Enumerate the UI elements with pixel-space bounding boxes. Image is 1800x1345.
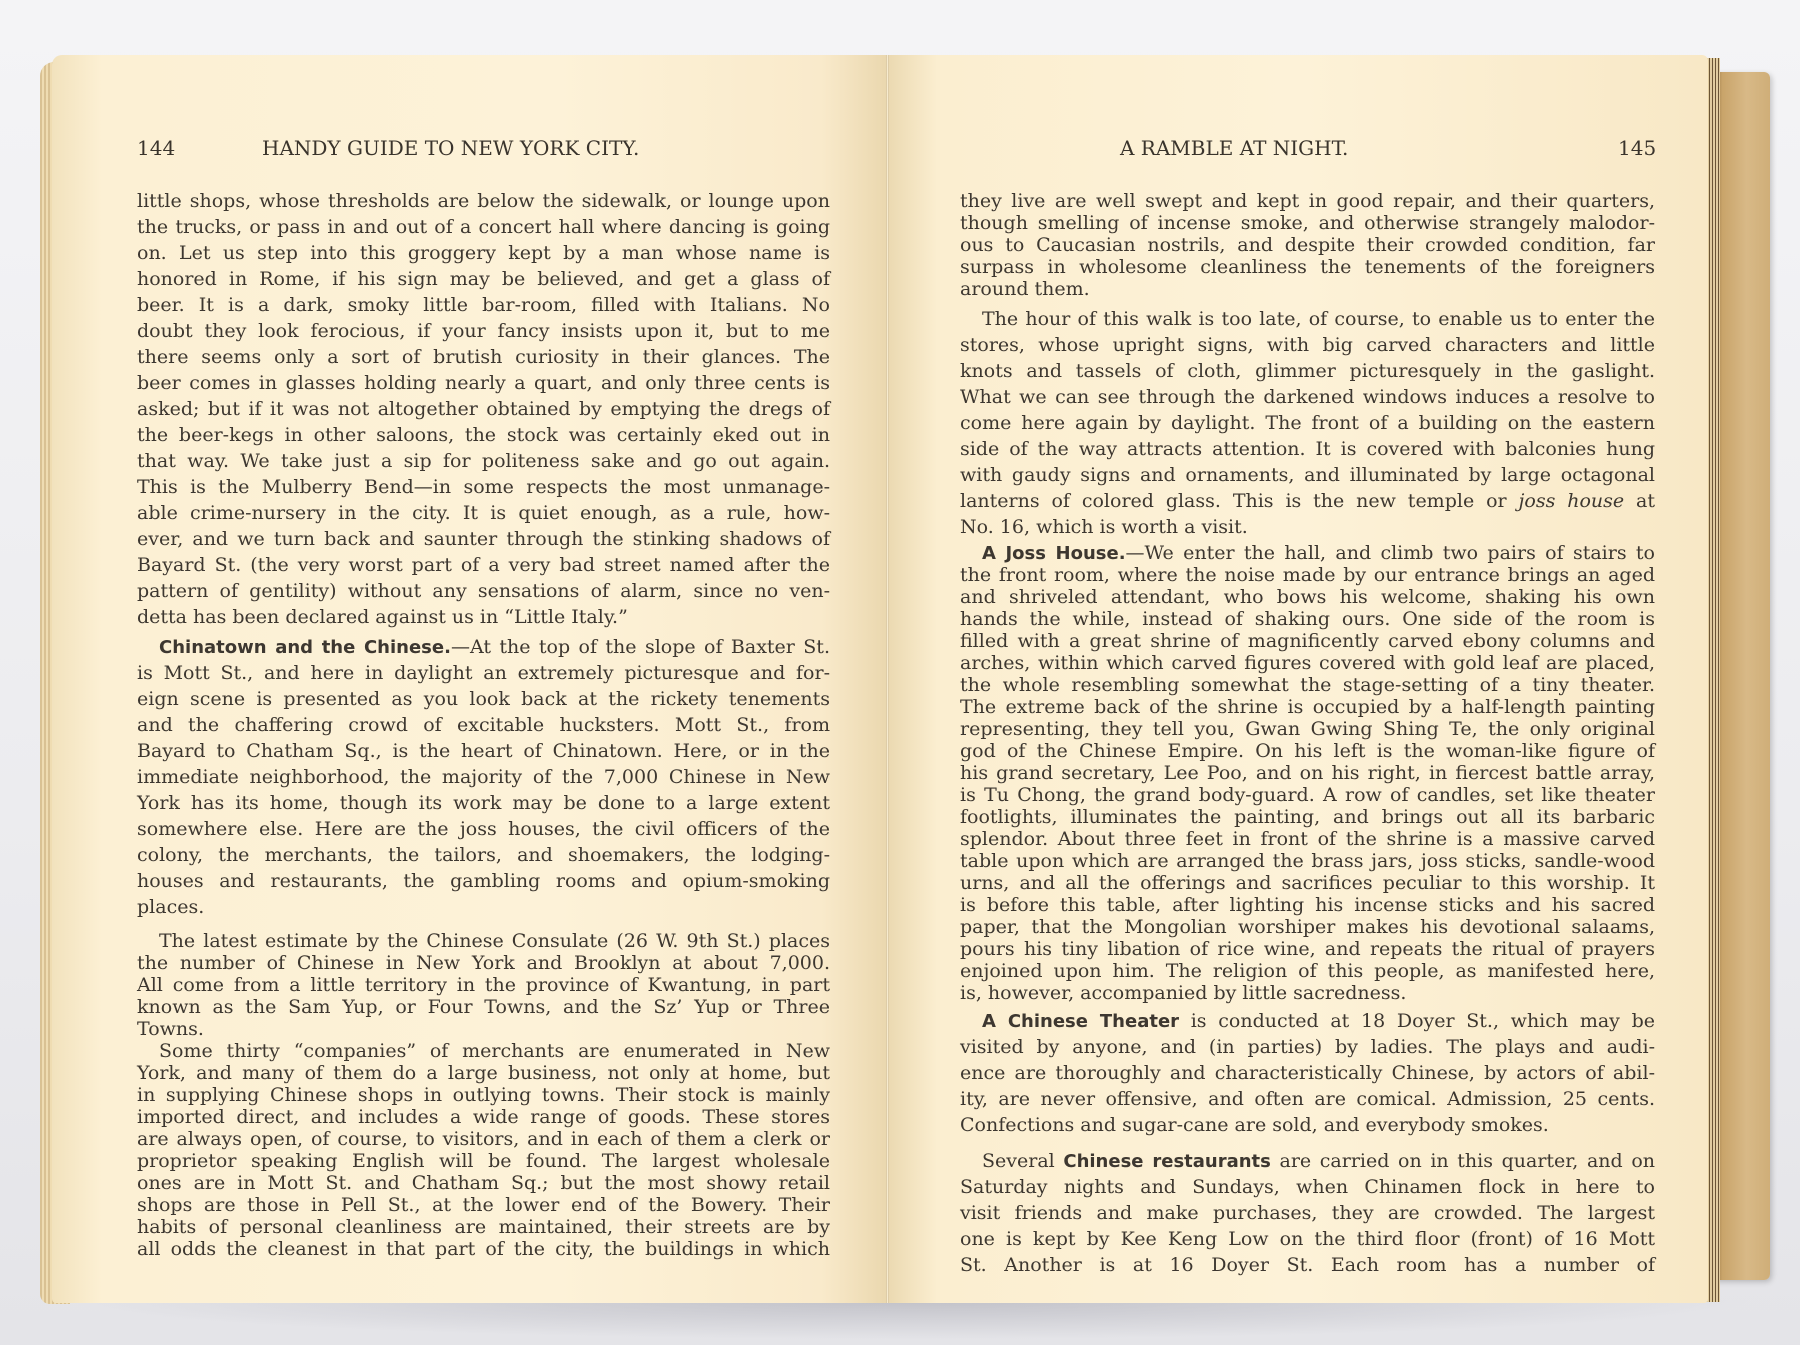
text-run: St. Another is at 16 Doyer St. Each room… [960, 1254, 1655, 1276]
text-run: is Tu Chong, the grand body-guard. A row… [960, 784, 1655, 806]
text-line: Bayard to Chatham Sq., is the heart of C… [137, 740, 830, 762]
text-line: This is the Mulberry Bend—in some respec… [137, 476, 830, 498]
text-line: hands the while, instead of shaking ours… [960, 608, 1655, 630]
text-line: with gaudy signs and ornaments, and illu… [960, 464, 1655, 486]
text-line: is before this table, after lighting his… [960, 894, 1655, 916]
section-heading: A Joss House. [982, 543, 1126, 564]
text-run: honored in Rome, if his sign may be beli… [137, 268, 830, 290]
text-run: hands the while, instead of shaking ours… [960, 608, 1655, 630]
text-run: the beer-kegs in other saloons, the stoc… [137, 424, 830, 446]
right-page-number: 145 [1618, 136, 1656, 160]
left-page-number: 144 [137, 136, 175, 160]
text-run: one is kept by Kee Keng Low on the third… [960, 1228, 1655, 1250]
text-run: York has its home, though its work may b… [137, 792, 830, 814]
text-line: that way. We take just a sip for politen… [137, 450, 830, 472]
text-line: Towns. [137, 1018, 830, 1040]
text-line: What we can see through the darkened win… [960, 386, 1655, 408]
text-line: known as the Sam Yup, or Four Towns, and… [137, 996, 830, 1018]
text-line: there seems only a sort of brutish curio… [137, 346, 830, 368]
text-run: This is the Mulberry Bend—in some respec… [137, 476, 830, 498]
text-run: proprietor speaking English will be foun… [137, 1150, 830, 1172]
text-run: The extreme back of the shrine is occupi… [960, 696, 1655, 718]
text-run: able crime-nursery in the city. It is qu… [137, 502, 830, 524]
text-run: eign scene is presented as you look back… [137, 688, 830, 710]
text-run: knots and tassels of cloth, glimmer pict… [960, 360, 1655, 382]
text-run: shops are those in Pell St., at the lowe… [137, 1194, 830, 1216]
text-line: Chinatown and the Chinese.—At the top of… [159, 636, 830, 658]
section-heading: A Chinese Theater [982, 1011, 1179, 1032]
text-line: ever, and we turn back and saunter throu… [137, 528, 830, 550]
text-line: beer. It is a dark, smoky little bar-roo… [137, 294, 830, 316]
text-line: visited by anyone, and (in parties) by l… [960, 1036, 1655, 1058]
text-line: colony, the merchants, the tailors, and … [137, 844, 830, 866]
text-line: doubt they look ferocious, if your fancy… [137, 320, 830, 342]
text-line: side of the way attracts attention. It i… [960, 438, 1655, 460]
text-run: little shops, whose thresholds are below… [137, 190, 830, 212]
text-line: filled with a great shrine of magnificen… [960, 630, 1655, 652]
text-line: imported direct, and includes a wide ran… [137, 1106, 830, 1128]
text-run: ity, are never offensive, and often are … [960, 1088, 1655, 1110]
text-line: immediate neighborhood, the majority of … [137, 766, 830, 788]
text-line: arches, within which carved figures cove… [960, 652, 1655, 674]
text-run: pours his tiny libation of rice wine, an… [960, 938, 1655, 960]
text-run: Several [982, 1150, 1063, 1172]
text-run: asked; but if it was not altogether obta… [137, 398, 830, 420]
text-run: imported direct, and includes a wide ran… [137, 1106, 830, 1128]
text-line: A Joss House.—We enter the hall, and cli… [982, 542, 1655, 564]
text-run: stores, whose upright signs, with big ca… [960, 334, 1655, 356]
text-line: The hour of this walk is too late, of co… [982, 308, 1655, 330]
text-line: paper, that the Mongolian worshiper make… [960, 916, 1655, 938]
text-run: representing, they tell you, Gwan Gwing … [960, 718, 1655, 740]
text-run: are always open, of course, to visitors,… [137, 1128, 830, 1150]
text-line: the whole resembling somewhat the stage-… [960, 674, 1655, 696]
text-run: immediate neighborhood, the majority of … [137, 766, 830, 788]
text-run: paper, that the Mongolian worshiper make… [960, 916, 1655, 938]
text-line: Saturday nights and Sundays, when Chinam… [960, 1176, 1655, 1198]
text-line: pattern of gentility) without any sensat… [137, 580, 830, 602]
text-run: ever, and we turn back and saunter throu… [137, 528, 830, 550]
text-line: the beer-kegs in other saloons, the stoc… [137, 424, 830, 446]
text-line: visit friends and make purchases, they a… [960, 1202, 1655, 1224]
text-run: known as the Sam Yup, or Four Towns, and… [137, 996, 830, 1018]
text-line: lanterns of colored glass. This is the n… [960, 490, 1655, 512]
section-heading: Chinatown and the Chinese. [159, 637, 451, 658]
text-line: eign scene is presented as you look back… [137, 688, 830, 710]
text-run: ous to Caucasian nostrils, and despite t… [960, 234, 1655, 256]
text-line: are always open, of course, to visitors,… [137, 1128, 830, 1150]
section-heading: Chinese restaurants [1063, 1151, 1271, 1172]
text-line: surpass in wholesome cleanliness the ten… [960, 256, 1655, 278]
text-run: the front room, where the noise made by … [960, 564, 1655, 586]
text-run: is conducted at 18 Doyer St., which may … [1179, 1010, 1655, 1032]
text-run: places. [137, 896, 204, 918]
text-run: in supplying Chinese shops in outlying t… [137, 1084, 830, 1106]
text-run: all odds the cleanest in that part of th… [137, 1238, 830, 1260]
text-line: houses and restaurants, the gambling roo… [137, 870, 830, 892]
text-line: York has its home, though its work may b… [137, 792, 830, 814]
text-run: habits of personal cleanliness are maint… [137, 1216, 830, 1238]
text-run: arches, within which carved figures cove… [960, 652, 1655, 674]
text-line: god of the Chinese Empire. On his left i… [960, 740, 1655, 762]
text-run: there seems only a sort of brutish curio… [137, 346, 830, 368]
text-line: ous to Caucasian nostrils, and despite t… [960, 234, 1655, 256]
text-run: What we can see through the darkened win… [960, 386, 1655, 408]
text-run: his grand secretary, Lee Poo, and on his… [960, 762, 1655, 784]
text-line: All come from a little territory in the … [137, 974, 830, 996]
text-line: the number of Chinese in New York and Br… [137, 952, 830, 974]
text-line: ence are thoroughly and characteristical… [960, 1062, 1655, 1084]
text-run: The latest estimate by the Chinese Consu… [159, 930, 830, 952]
text-run: on. Let us step into this groggery kept … [137, 242, 830, 264]
book-gutter [886, 55, 889, 1303]
text-line: come here again by daylight. The front o… [960, 412, 1655, 434]
book-shadow [60, 1300, 1760, 1340]
text-line: ity, are never offensive, and often are … [960, 1088, 1655, 1110]
text-run: visit friends and make purchases, they a… [960, 1202, 1655, 1224]
text-line: enjoined upon him. The religion of this … [960, 960, 1655, 982]
text-run: lanterns of colored glass. This is the n… [960, 490, 1519, 512]
text-line: splendor. About three feet in front of t… [960, 828, 1655, 850]
text-run: come here again by daylight. The front o… [960, 412, 1655, 434]
text-run: at [1624, 490, 1655, 512]
text-line: Several Chinese restaurants are carried … [982, 1150, 1655, 1172]
text-run: colony, the merchants, the tailors, and … [137, 844, 830, 866]
text-run: No. 16, which is worth a visit. [960, 516, 1248, 538]
text-line: urns, and all the offerings and sacrific… [960, 872, 1655, 894]
text-line: little shops, whose thresholds are below… [137, 190, 830, 212]
text-run: and shriveled attendant, who bows his we… [960, 586, 1655, 608]
text-line: table upon which are arranged the brass … [960, 850, 1655, 872]
text-run: Saturday nights and Sundays, when Chinam… [960, 1176, 1655, 1198]
text-line: York, and many of them do a large busine… [137, 1062, 830, 1084]
italic-term: joss house [1519, 490, 1625, 512]
text-run: and the chaffering crowd of excitable hu… [137, 714, 830, 736]
text-line: St. Another is at 16 Doyer St. Each room… [960, 1254, 1655, 1276]
text-line: No. 16, which is worth a visit. [960, 516, 1655, 538]
text-run: is Mott St., and here in daylight an ext… [137, 662, 830, 684]
text-line: The latest estimate by the Chinese Consu… [159, 930, 830, 952]
text-line: shops are those in Pell St., at the lowe… [137, 1194, 830, 1216]
text-run: enjoined upon him. The religion of this … [960, 960, 1655, 982]
text-line: stores, whose upright signs, with big ca… [960, 334, 1655, 356]
text-run: houses and restaurants, the gambling roo… [137, 870, 830, 892]
text-run: ence are thoroughly and characteristical… [960, 1062, 1655, 1084]
text-line: pours his tiny libation of rice wine, an… [960, 938, 1655, 960]
text-line: is Mott St., and here in daylight an ext… [137, 662, 830, 684]
text-line: able crime-nursery in the city. It is qu… [137, 502, 830, 524]
text-run: though smelling of incense smoke, and ot… [960, 212, 1655, 234]
back-cover-edge [1712, 72, 1770, 1280]
text-line: proprietor speaking English will be foun… [137, 1150, 830, 1172]
text-line: detta has been declared against us in “L… [137, 606, 830, 628]
text-line: on. Let us step into this groggery kept … [137, 242, 830, 264]
text-line: is, however, accompanied by little sacre… [960, 982, 1655, 1004]
text-run: the number of Chinese in New York and Br… [137, 952, 830, 974]
text-line: and shriveled attendant, who bows his we… [960, 586, 1655, 608]
text-run: pattern of gentility) without any sensat… [137, 580, 830, 602]
text-run: splendor. About three feet in front of t… [960, 828, 1655, 850]
text-run: Towns. [137, 1018, 204, 1040]
text-run: Confections and sugar-cane are sold, and… [960, 1114, 1549, 1136]
text-run: Bayard St. (the very worst part of a ver… [137, 554, 830, 576]
text-line: the front room, where the noise made by … [960, 564, 1655, 586]
text-run: side of the way attracts attention. It i… [960, 438, 1655, 460]
text-run: the whole resembling somewhat the stage-… [960, 674, 1655, 696]
text-run: is, however, accompanied by little sacre… [960, 982, 1406, 1004]
text-line: asked; but if it was not altogether obta… [137, 398, 830, 420]
text-run: ones are in Mott St. and Chatham Sq.; bu… [137, 1172, 830, 1194]
text-line: A Chinese Theater is conducted at 18 Doy… [982, 1010, 1655, 1032]
text-run: —At the top of the slope of Baxter St. [451, 636, 830, 658]
text-line: they live are well swept and kept in goo… [960, 190, 1655, 212]
text-run: visited by anyone, and (in parties) by l… [960, 1036, 1655, 1058]
text-run: urns, and all the offerings and sacrific… [960, 872, 1655, 894]
text-run: is before this table, after lighting his… [960, 894, 1655, 916]
text-line: habits of personal cleanliness are maint… [137, 1216, 830, 1238]
text-line: though smelling of incense smoke, and ot… [960, 212, 1655, 234]
text-line: somewhere else. Here are the joss houses… [137, 818, 830, 840]
text-run: All come from a little territory in the … [137, 974, 830, 996]
text-run: god of the Chinese Empire. On his left i… [960, 740, 1655, 762]
text-line: one is kept by Kee Keng Low on the third… [960, 1228, 1655, 1250]
text-line: the trucks, or pass in and out of a conc… [137, 216, 830, 238]
text-run: doubt they look ferocious, if your fancy… [137, 320, 830, 342]
text-run: Bayard to Chatham Sq., is the heart of C… [137, 740, 830, 762]
text-line: Bayard St. (the very worst part of a ver… [137, 554, 830, 576]
text-line: Confections and sugar-cane are sold, and… [960, 1114, 1655, 1136]
text-line: Some thirty “companies” of merchants are… [159, 1040, 830, 1062]
text-run: filled with a great shrine of magnificen… [960, 630, 1655, 652]
left-running-head: HANDY GUIDE TO NEW YORK CITY. [262, 136, 639, 160]
text-line: beer comes in glasses holding nearly a q… [137, 372, 830, 394]
text-line: knots and tassels of cloth, glimmer pict… [960, 360, 1655, 382]
text-run: that way. We take just a sip for politen… [137, 450, 830, 472]
text-run: —We enter the hall, and climb two pairs … [1126, 542, 1655, 564]
text-line: The extreme back of the shrine is occupi… [960, 696, 1655, 718]
text-run: they live are well swept and kept in goo… [960, 190, 1655, 212]
text-line: places. [137, 896, 830, 918]
text-line: is Tu Chong, the grand body-guard. A row… [960, 784, 1655, 806]
text-run: are carried on in this quarter, and on [1271, 1150, 1655, 1172]
text-run: beer. It is a dark, smoky little bar-roo… [137, 294, 830, 316]
text-run: Some thirty “companies” of merchants are… [159, 1040, 830, 1062]
text-run: the trucks, or pass in and out of a conc… [137, 216, 830, 238]
text-line: representing, they tell you, Gwan Gwing … [960, 718, 1655, 740]
text-line: in supplying Chinese shops in outlying t… [137, 1084, 830, 1106]
text-run: table upon which are arranged the brass … [960, 850, 1655, 872]
text-line: footlights, illuminates the painting, an… [960, 806, 1655, 828]
text-line: ones are in Mott St. and Chatham Sq.; bu… [137, 1172, 830, 1194]
text-run: surpass in wholesome cleanliness the ten… [960, 256, 1655, 278]
text-run: somewhere else. Here are the joss houses… [137, 818, 830, 840]
text-run: detta has been declared against us in “L… [137, 606, 628, 628]
text-run: around them. [960, 278, 1090, 300]
text-line: and the chaffering crowd of excitable hu… [137, 714, 830, 736]
text-run: beer comes in glasses holding nearly a q… [137, 372, 830, 394]
text-line: around them. [960, 278, 1655, 300]
text-run: York, and many of them do a large busine… [137, 1062, 830, 1084]
text-line: all odds the cleanest in that part of th… [137, 1238, 830, 1260]
text-line: his grand secretary, Lee Poo, and on his… [960, 762, 1655, 784]
text-run: footlights, illuminates the painting, an… [960, 806, 1655, 828]
text-run: with gaudy signs and ornaments, and illu… [960, 464, 1655, 486]
right-running-head: A RAMBLE AT NIGHT. [1120, 136, 1348, 160]
text-run: The hour of this walk is too late, of co… [982, 308, 1655, 330]
text-line: honored in Rome, if his sign may be beli… [137, 268, 830, 290]
